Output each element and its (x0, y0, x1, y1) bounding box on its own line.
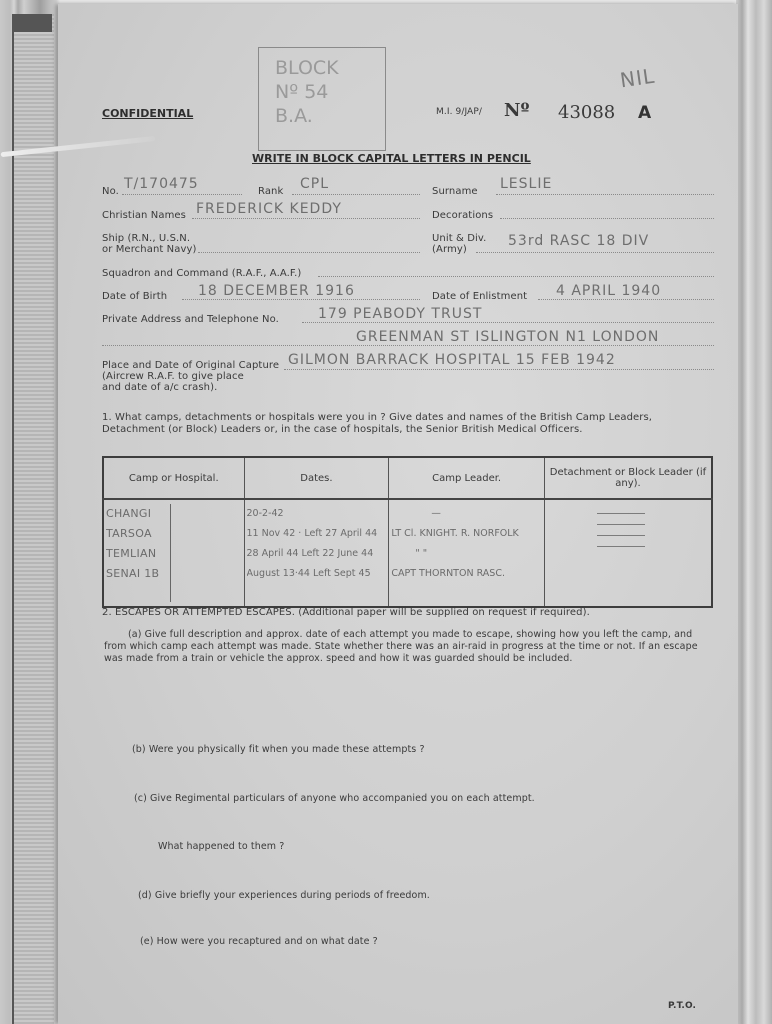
dates-row-4[interactable]: August 13·44 Left Sept 45 (247, 564, 387, 584)
stamp-line-2: Nº 54 (275, 80, 385, 104)
unit-line (476, 252, 714, 253)
question-2c-followup: What happened to them ? (158, 841, 284, 852)
header-detachment-leader: Detachment or Block Leader (if any). (544, 457, 712, 499)
enlistment-label: Date of Enlistment (432, 291, 527, 302)
christian-names-label: Christian Names (102, 210, 186, 221)
rank-label: Rank (258, 186, 283, 197)
camp-column: CHANGI TARSOA TEMLIAN SENAI 1B (103, 499, 244, 607)
block-stamp: BLOCK Nº 54 B.A. (258, 47, 386, 151)
ship-label-line-1: Ship (R.N., U.S.N. (102, 233, 197, 244)
camp-leader-column: — LT Cl. KNIGHT. R. NORFOLK " " CAPT THO… (389, 499, 545, 607)
dates-row-1[interactable]: 20-2-42 (247, 504, 387, 524)
capture-label-line-1: Place and Date of Original Capture (102, 360, 279, 371)
serial-suffix: A (638, 103, 651, 123)
no-line (122, 194, 242, 195)
ship-line (198, 252, 420, 253)
camp-row-3[interactable]: TEMLIAN (106, 544, 170, 564)
camp-row-1[interactable]: CHANGI (106, 504, 170, 524)
no-label: No. (102, 186, 119, 197)
question-2d: (d) Give briefly your experiences during… (138, 890, 430, 901)
form-instruction: WRITE IN BLOCK CAPITAL LETTERS IN PENCIL (252, 152, 531, 165)
camps-table: Camp or Hospital. Dates. Camp Leader. De… (102, 456, 713, 608)
header-dates: Dates. (244, 457, 389, 499)
capture-value[interactable]: GILMON BARRACK HOSPITAL 15 FEB 1942 (288, 352, 616, 368)
enlistment-value[interactable]: 4 APRIL 1940 (556, 283, 661, 299)
decorations-label: Decorations (432, 210, 493, 221)
capture-line (284, 369, 714, 370)
please-turn-over: P.T.O. (668, 1001, 696, 1011)
dob-label: Date of Birth (102, 291, 167, 302)
address-line-2[interactable]: GREENMAN ST ISLINGTON N1 LONDON (356, 329, 659, 345)
detachment-row-2-dash[interactable] (597, 524, 645, 525)
capture-label: Place and Date of Original Capture (Airc… (102, 360, 279, 393)
classification-label: CONFIDENTIAL (102, 107, 193, 120)
stamp-line-1: BLOCK (275, 56, 385, 80)
service-number-value[interactable]: T/170475 (124, 176, 199, 192)
dates-row-3[interactable]: 28 April 44 Left 22 June 44 (247, 544, 387, 564)
section-1-question: 1. What camps, detachments or hospitals … (102, 412, 718, 436)
section-2-heading: 2. ESCAPES OR ATTEMPTED ESCAPES. (Additi… (102, 607, 590, 618)
detachment-row-1-dash[interactable] (597, 513, 645, 514)
leader-row-4[interactable]: CAPT THORNTON RASC. (391, 564, 542, 584)
christian-names-value[interactable]: FREDERICK KEDDY (196, 201, 342, 217)
unit-label-line-2: (Army) (432, 244, 486, 255)
camps-table-body: CHANGI TARSOA TEMLIAN SENAI 1B 20-2-42 1… (103, 499, 712, 607)
pencil-note: NIL (619, 64, 657, 93)
stamp-line-3: B.A. (275, 104, 385, 128)
dates-row-2[interactable]: 11 Nov 42 · Left 27 April 44 (247, 524, 387, 544)
dob-line (182, 299, 420, 300)
rank-value[interactable]: CPL (300, 176, 329, 192)
address-line-1[interactable]: 179 PEABODY TRUST (318, 306, 482, 322)
surname-line (496, 194, 714, 195)
christian-names-line (192, 218, 420, 219)
serial-number: 43088 (558, 102, 615, 123)
ship-label: Ship (R.N., U.S.N. or Merchant Navy) (102, 233, 197, 255)
leader-row-2[interactable]: LT Cl. KNIGHT. R. NORFOLK (391, 524, 542, 544)
page-stack-edge (736, 0, 772, 1024)
detachment-row-3-dash[interactable] (597, 535, 645, 536)
number-label: Nº (504, 100, 529, 121)
squadron-line (318, 276, 714, 277)
capture-label-line-2: (Aircrew R.A.F. to give place (102, 371, 279, 382)
detachment-leader-column (544, 499, 712, 607)
detachment-row-4-dash[interactable] (597, 546, 645, 547)
capture-label-line-3: and date of a/c crash). (102, 382, 279, 393)
leader-row-3[interactable]: " " (391, 544, 542, 564)
unit-value[interactable]: 53rd RASC 18 DIV (508, 233, 649, 249)
decorations-line (500, 218, 714, 219)
header-camp-leader: Camp Leader. (389, 457, 545, 499)
header-camp: Camp or Hospital. (103, 457, 244, 499)
squadron-label: Squadron and Command (R.A.F., A.A.F.) (102, 268, 301, 279)
camps-table-header: Camp or Hospital. Dates. Camp Leader. De… (103, 457, 712, 499)
unit-label-line-1: Unit & Div. (432, 233, 486, 244)
ship-label-line-2: or Merchant Navy) (102, 244, 197, 255)
leader-row-1[interactable]: — (391, 504, 542, 524)
reference-prefix: M.I. 9/JAP/ (436, 107, 482, 117)
file-spine-cap (12, 14, 52, 32)
question-2a: (a) Give full description and approx. da… (104, 629, 714, 665)
question-2b: (b) Were you physically fit when you mad… (132, 744, 425, 755)
enlistment-line (538, 299, 714, 300)
dob-value[interactable]: 18 DECEMBER 1916 (198, 283, 355, 299)
address-label: Private Address and Telephone No. (102, 314, 279, 325)
file-spine (12, 14, 54, 1024)
surname-value[interactable]: LESLIE (500, 176, 552, 192)
camp-row-4[interactable]: SENAI 1B (106, 564, 170, 584)
question-2e: (e) How were you recaptured and on what … (140, 936, 378, 947)
address-line-2-rule (102, 345, 714, 346)
question-2c: (c) Give Regimental particulars of anyon… (134, 793, 535, 804)
surname-label: Surname (432, 186, 478, 197)
dates-column: 20-2-42 11 Nov 42 · Left 27 April 44 28 … (244, 499, 389, 607)
address-line-1-rule (302, 322, 714, 323)
rank-line (292, 194, 420, 195)
camp-row-2[interactable]: TARSOA (106, 524, 170, 544)
